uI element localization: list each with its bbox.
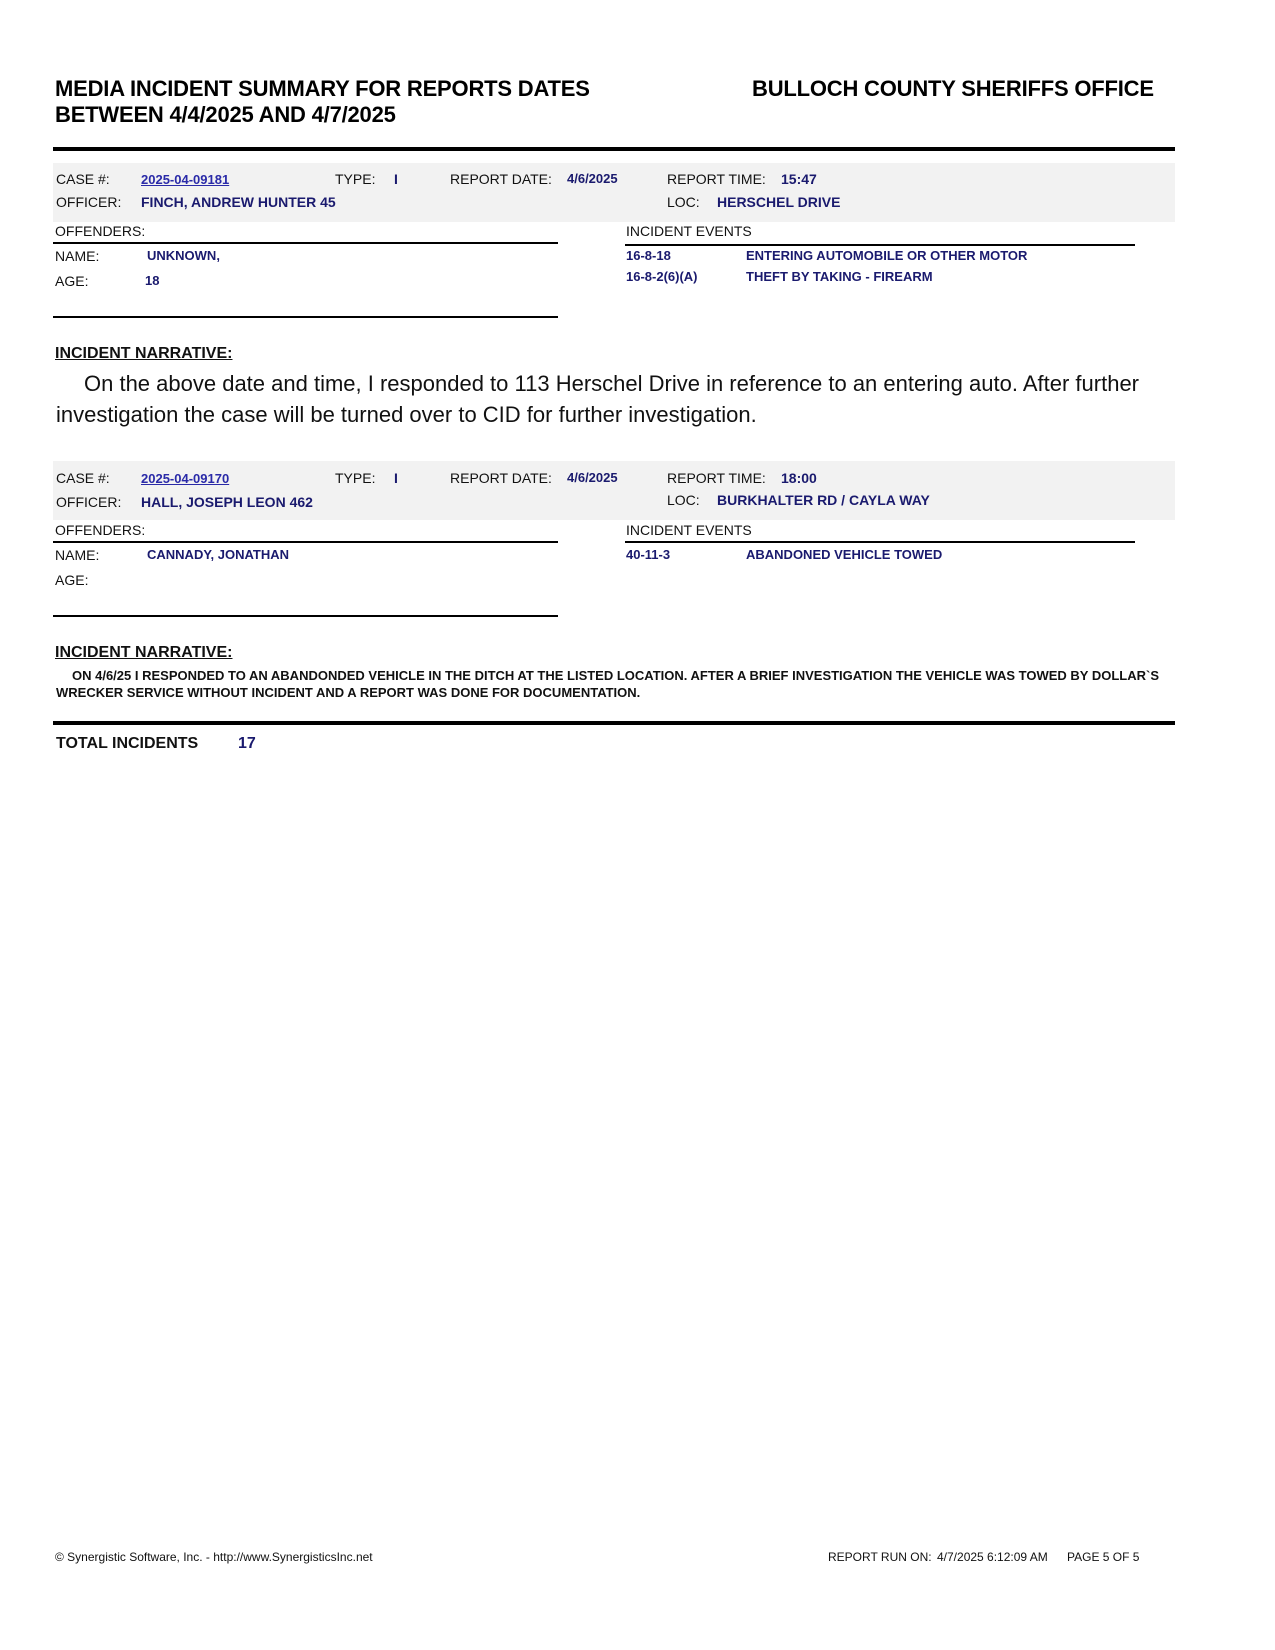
event-description: THEFT BY TAKING - FIREARM [746,269,933,284]
offender-age-label: AGE: [55,572,88,588]
event-code: 40-11-3 [626,547,670,562]
offenders-bottom-rule [53,316,558,318]
offender-age-label: AGE: [55,273,88,289]
location-value: BURKHALTER RD / CAYLA WAY [717,492,930,508]
offender-age-value: 18 [145,273,159,288]
page-number: PAGE 5 OF 5 [1067,1550,1139,1564]
offender-name-value: UNKNOWN, [147,248,220,263]
officer-value: HALL, JOSEPH LEON 462 [141,494,313,510]
narrative-heading: INCIDENT NARRATIVE: [55,644,232,662]
report-time-label: REPORT TIME: [667,171,766,187]
total-incidents-label: TOTAL INCIDENTS [56,735,198,753]
officer-value: FINCH, ANDREW HUNTER 45 [141,194,336,210]
report-title-line2: BETWEEN 4/4/2025 AND 4/7/2025 [55,102,396,128]
location-label: LOC: [667,492,700,508]
total-incidents-value: 17 [238,735,256,753]
officer-label: OFFICER: [56,194,121,210]
event-description: ABANDONED VEHICLE TOWED [746,547,942,562]
offender-name-label: NAME: [55,248,99,264]
offenders-bottom-rule [53,615,558,617]
case-number-link[interactable]: 2025-04-09170 [141,471,229,486]
footer-copyright: © Synergistic Software, Inc. - http://ww… [55,1550,373,1564]
incident-events-heading: INCIDENT EVENTS [626,522,752,538]
offenders-rule [53,242,558,244]
offender-name-value: CANNADY, JONATHAN [147,547,289,562]
report-run-value: 4/7/2025 6:12:09 AM [937,1550,1048,1564]
report-run-label: REPORT RUN ON: [828,1550,932,1564]
offenders-heading: OFFENDERS: [55,223,145,239]
header-divider [53,147,1175,151]
location-label: LOC: [667,194,700,210]
report-date-label: REPORT DATE: [450,470,552,486]
offenders-heading: OFFENDERS: [55,522,145,538]
location-value: HERSCHEL DRIVE [717,194,840,210]
incident-events-rule [625,541,1135,543]
narrative-heading: INCIDENT NARRATIVE: [55,345,232,363]
incident-events-heading: INCIDENT EVENTS [626,223,752,239]
case-label: CASE #: [56,171,110,187]
offenders-rule [53,541,558,543]
report-title-line1: MEDIA INCIDENT SUMMARY FOR REPORTS DATES [55,76,590,102]
offender-name-label: NAME: [55,547,99,563]
agency-name: BULLOCH COUNTY SHERIFFS OFFICE [752,76,1154,102]
incident-events-rule [625,244,1135,246]
narrative-text: On the above date and time, I responded … [56,368,1166,430]
event-code: 16-8-18 [626,248,671,263]
report-time-value: 18:00 [781,470,817,486]
report-date-value: 4/6/2025 [567,470,618,485]
report-time-label: REPORT TIME: [667,470,766,486]
event-description: ENTERING AUTOMOBILE OR OTHER MOTOR [746,248,1027,263]
officer-label: OFFICER: [56,494,121,510]
totals-divider [53,721,1175,725]
type-label: TYPE: [335,470,375,486]
type-value: I [394,470,398,486]
report-date-label: REPORT DATE: [450,171,552,187]
type-label: TYPE: [335,171,375,187]
narrative-text: ON 4/6/25 I RESPONDED TO AN ABANDONDED V… [56,667,1186,701]
case-number-link[interactable]: 2025-04-09181 [141,172,229,187]
type-value: I [394,171,398,187]
report-date-value: 4/6/2025 [567,171,618,186]
case-label: CASE #: [56,470,110,486]
event-code: 16-8-2(6)(A) [626,269,698,284]
report-time-value: 15:47 [781,171,817,187]
